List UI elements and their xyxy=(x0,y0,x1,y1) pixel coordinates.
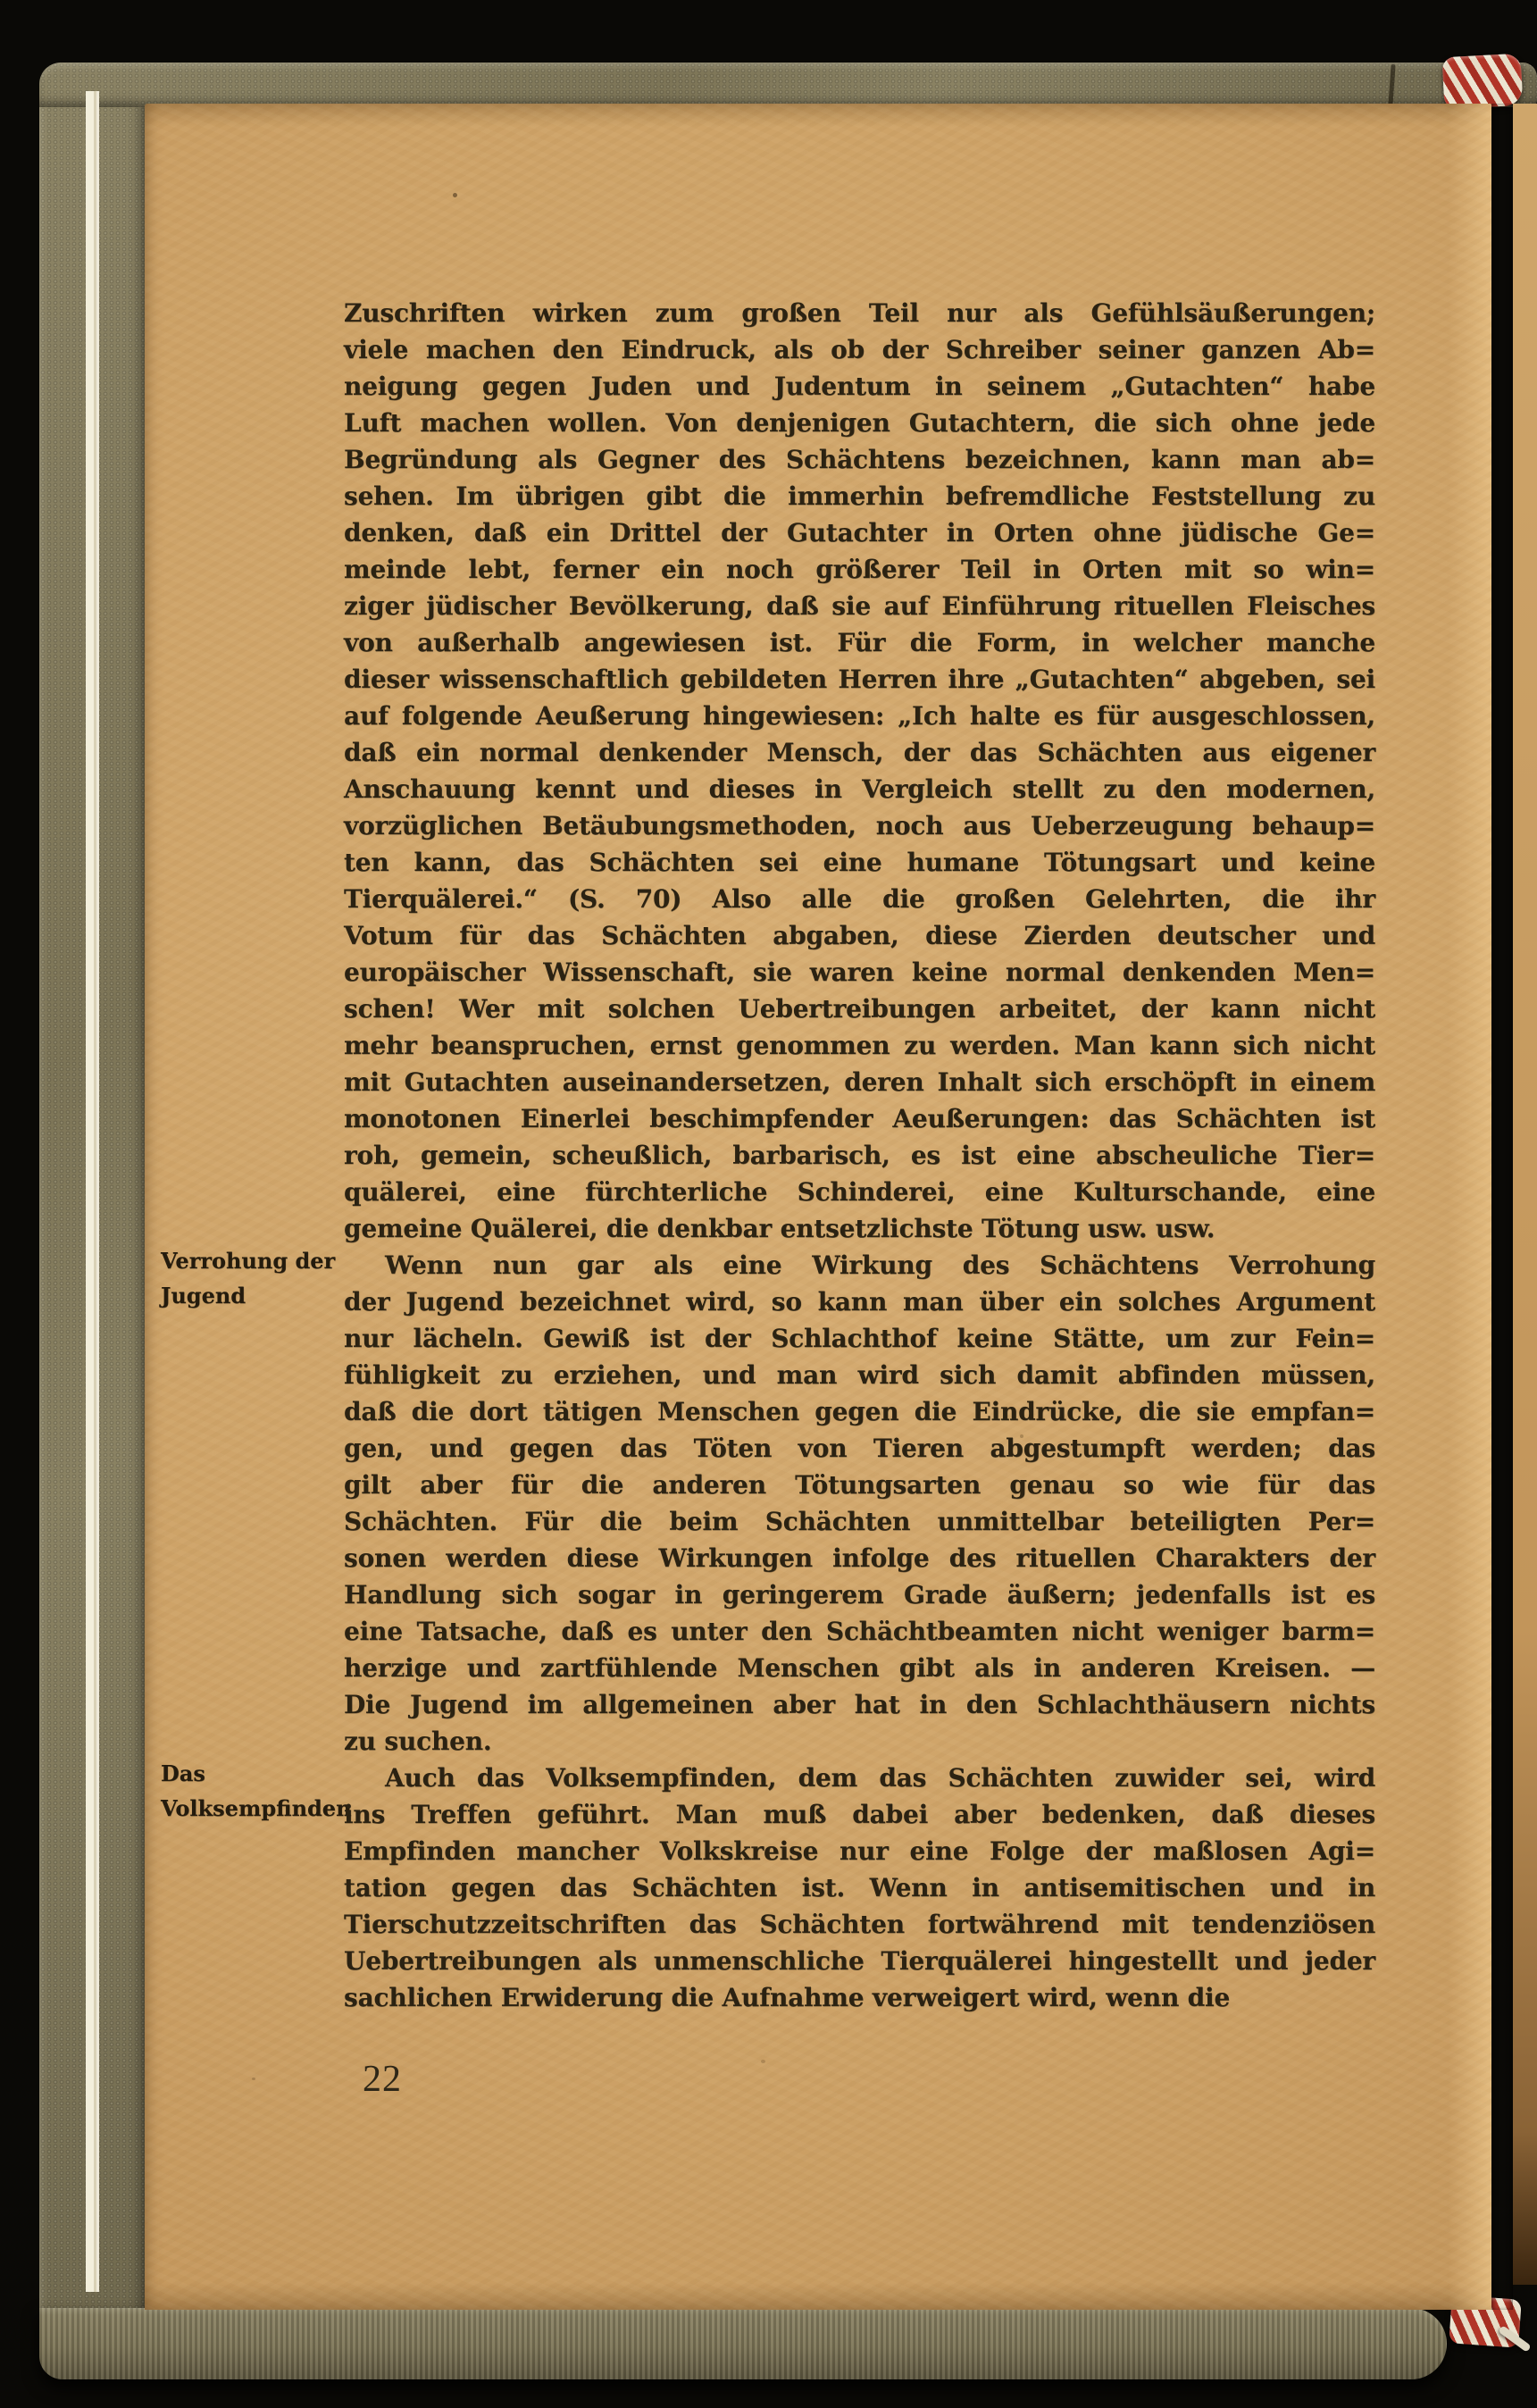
margin-note-line: Das xyxy=(161,1756,339,1791)
text-line: roh, gemein, scheußlich, barbarisch, es … xyxy=(344,1137,1375,1174)
text-line: mit Gutachten auseinandersetzen, deren I… xyxy=(344,1064,1375,1100)
text-line: Votum für das Schächten abgaben, diese Z… xyxy=(344,917,1375,954)
text-line: fühligkeit zu erziehen, und man wird sic… xyxy=(344,1357,1375,1393)
facing-page-edge xyxy=(1513,104,1537,2285)
book-page: Verrohung derJugendDasVolksempfinden Zus… xyxy=(145,104,1491,2310)
text-line: daß ein normal denkender Mensch, der das… xyxy=(344,734,1375,771)
page-edge-white-strip xyxy=(86,91,99,2292)
paper-speck xyxy=(252,2078,255,2080)
scanned-book-photo: Verrohung derJugendDasVolksempfinden Zus… xyxy=(0,0,1537,2408)
margin-note-line: Jugend xyxy=(161,1278,339,1313)
text-line: von außerhalb angewiesen ist. Für die Fo… xyxy=(344,624,1375,661)
text-line: Die Jugend im allgemeinen aber hat in de… xyxy=(344,1686,1375,1723)
text-line: Handlung sich sogar in geringerem Grade … xyxy=(344,1576,1375,1613)
page-number: 22 xyxy=(363,2058,402,2101)
text-line: nur lächeln. Gewiß ist der Schlachthof k… xyxy=(344,1320,1375,1357)
text-line: Anschauung kennt und dieses in Vergleich… xyxy=(344,771,1375,807)
margin-note: Verrohung derJugend xyxy=(161,1243,339,1313)
text-line: Zuschriften wirken zum großen Teil nur a… xyxy=(344,295,1375,331)
text-line: gemeine Quälerei, die denkbar entsetzlic… xyxy=(344,1210,1375,1247)
book-cover-bottom-edge xyxy=(39,2308,1447,2379)
text-line: auf folgende Aeußerung hingewiesen: „Ich… xyxy=(344,698,1375,734)
text-line: sehen. Im übrigen gibt die immerhin befr… xyxy=(344,478,1375,514)
margin-note: DasVolksempfinden xyxy=(161,1756,339,1826)
text-line: sachlichen Erwiderung die Aufnahme verwe… xyxy=(344,1979,1375,2016)
text-line: ins Treffen geführt. Man muß dabei aber … xyxy=(344,1796,1375,1833)
paper-speck xyxy=(761,2060,765,2063)
body-text: Zuschriften wirken zum großen Teil nur a… xyxy=(344,295,1375,2016)
text-line: neigung gegen Juden und Judentum in sein… xyxy=(344,368,1375,405)
text-line: Tierschutzzeitschriften das Schächten fo… xyxy=(344,1906,1375,1943)
text-line: daß die dort tätigen Menschen gegen die … xyxy=(344,1393,1375,1430)
text-line: meinde lebt, ferner ein noch größerer Te… xyxy=(344,551,1375,588)
text-line: gilt aber für die anderen Tötungsarten g… xyxy=(344,1467,1375,1503)
text-line: ten kann, das Schächten sei eine humane … xyxy=(344,844,1375,881)
text-line: herzige und zartfühlende Menschen gibt a… xyxy=(344,1650,1375,1686)
text-line: Wenn nun gar als eine Wirkung des Schäch… xyxy=(344,1247,1375,1283)
text-line: mehr beanspruchen, ernst genommen zu wer… xyxy=(344,1027,1375,1064)
text-line: Luft machen wollen. Von denjenigen Gutac… xyxy=(344,405,1375,441)
paper-speck xyxy=(453,193,457,197)
margin-note-line: Volksempfinden xyxy=(161,1791,339,1826)
text-line: zu suchen. xyxy=(344,1723,1375,1760)
book-cover-top-edge xyxy=(39,63,1537,107)
text-line: eine Tatsache, daß es unter den Schächtb… xyxy=(344,1613,1375,1650)
text-line: viele machen den Eindruck, als ob der Sc… xyxy=(344,331,1375,368)
page-edge-stack xyxy=(99,95,145,2292)
text-line: schen! Wer mit solchen Uebertreibungen a… xyxy=(344,991,1375,1027)
text-line: quälerei, eine fürchterliche Schinderei,… xyxy=(344,1174,1375,1210)
text-line: denken, daß ein Drittel der Gutachter in… xyxy=(344,514,1375,551)
headband-top xyxy=(1442,54,1524,110)
text-line: Begründung als Gegner des Schächtens bez… xyxy=(344,441,1375,478)
text-line: Tierquälerei.“ (S. 70) Also alle die gro… xyxy=(344,881,1375,917)
margin-note-line: Verrohung der xyxy=(161,1243,339,1278)
gutter-shadow xyxy=(1491,104,1513,2310)
text-line: sonen werden diese Wirkungen infolge des… xyxy=(344,1540,1375,1576)
text-line: dieser wissenschaftlich gebildeten Herre… xyxy=(344,661,1375,698)
text-line: gen, und gegen das Töten von Tieren abge… xyxy=(344,1430,1375,1467)
text-line: ziger jüdischer Bevölkerung, daß sie auf… xyxy=(344,588,1375,624)
text-line: tation gegen das Schächten ist. Wenn in … xyxy=(344,1869,1375,1906)
text-line: Empfinden mancher Volkskreise nur eine F… xyxy=(344,1833,1375,1869)
text-line: vorzüglichen Betäubungsmethoden, noch au… xyxy=(344,807,1375,844)
text-line: europäischer Wissenschaft, sie waren kei… xyxy=(344,954,1375,991)
text-line: Auch das Volksempfinden, dem das Schächt… xyxy=(344,1760,1375,1796)
text-line: der Jugend bezeichnet wird, so kann man … xyxy=(344,1283,1375,1320)
text-line: Uebertreibungen als unmenschliche Tierqu… xyxy=(344,1943,1375,1979)
text-line: monotonen Einerlei beschimpfender Aeußer… xyxy=(344,1100,1375,1137)
text-line: Schächten. Für die beim Schächten unmitt… xyxy=(344,1503,1375,1540)
